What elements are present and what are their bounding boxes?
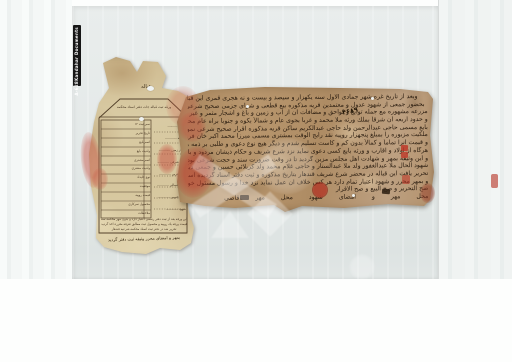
red-seal-stamp xyxy=(312,182,328,198)
form-table-row: قيمت روپيه xyxy=(102,191,150,200)
form-table-row: تاريخ تحرير xyxy=(102,129,150,138)
form-table-row: موقعيت xyxy=(102,182,150,191)
collection-label: Kandahar Documents xyxy=(73,27,81,81)
red-seal-stamp xyxy=(402,175,410,184)
form-table-row: محصول سركارى xyxy=(102,200,150,209)
form-title-word: قباله xyxy=(128,84,164,90)
scanned-archival-image: Kandahar Documents A-628 قباله xyxy=(0,0,512,362)
form-table-row: نوع جايداد xyxy=(102,173,150,182)
paper-hole xyxy=(246,105,249,108)
form-footer-lines: اين ورقه بعد از ثبت دفتر رسمى اعتبار دار… xyxy=(101,217,187,232)
form-table: نمبر ثبت ۱۲تاريخ تحريراسم بايعولديت بايع… xyxy=(102,120,150,218)
item-id-label: A-628 xyxy=(73,81,81,96)
paper-hole xyxy=(147,86,154,91)
red-stain xyxy=(491,174,498,188)
red-stain xyxy=(420,183,435,203)
form-table-row: نمبر ثبت ۱۲ xyxy=(102,120,150,129)
red-stain xyxy=(92,168,108,190)
form-table-row: ولديت مشترى xyxy=(102,164,150,173)
manuscript-text: وبعد از تاريخ غره شهر جمادى الاول سنه يك… xyxy=(188,93,429,207)
red-seal-stamp xyxy=(401,152,408,158)
paper-hole xyxy=(139,117,144,121)
scan-margin-right xyxy=(438,0,512,279)
manuscript-document: وبعد از تاريخ غره شهر جمادى الاول سنه يك… xyxy=(174,85,436,212)
red-stain xyxy=(157,144,177,174)
manuscript-text-line: محل مهر و امضاى شهود محل مهر قاضى xyxy=(188,193,428,203)
red-seal-stamp xyxy=(401,145,408,151)
form-table-row: اسم بايع xyxy=(102,138,150,147)
paper-hole xyxy=(352,194,355,197)
form-table-row: ولديت بايع xyxy=(102,147,150,156)
scan-margin-left xyxy=(0,0,72,279)
form-table-row: اسم مشترى xyxy=(102,156,150,165)
classification-label-strip: Kandahar Documents A-628 xyxy=(73,25,81,86)
ink-blot xyxy=(382,189,390,195)
paper-hole xyxy=(371,97,374,100)
red-stain xyxy=(166,86,200,126)
form-footer-line: تحرير شد در دفتر ثبت اسناد محكمه شرعيه ق… xyxy=(101,227,187,232)
ink-blot xyxy=(240,195,249,200)
